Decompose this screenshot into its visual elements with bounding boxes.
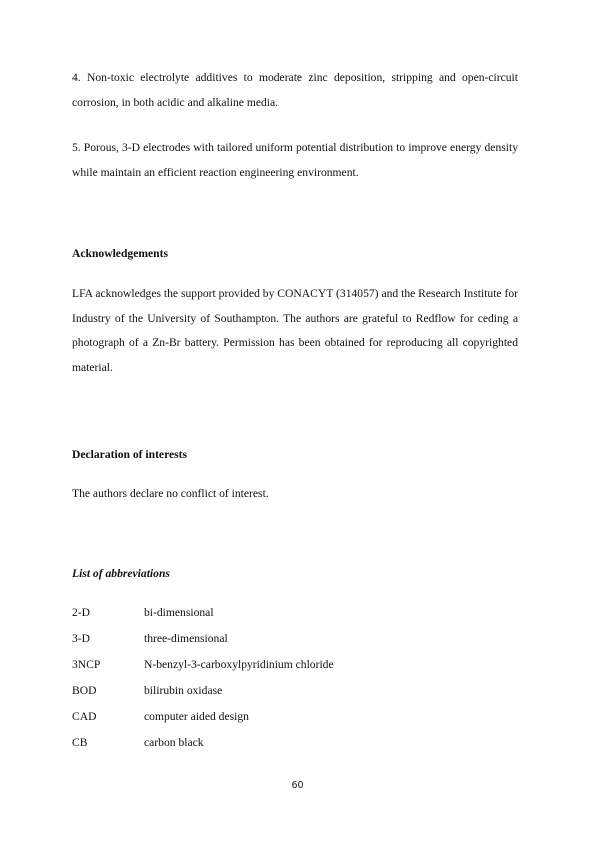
abbreviation-definition: computer aided design xyxy=(144,710,249,723)
abbreviation-row: 3-D three-dimensional xyxy=(72,632,228,645)
abbreviation-definition: three-dimensional xyxy=(144,632,228,645)
list-item-5: 5. Porous, 3-D electrodes with tailored … xyxy=(72,136,518,185)
acknowledgements-heading: Acknowledgements xyxy=(72,247,168,260)
abbreviation-term: 3-D xyxy=(72,632,144,645)
list-item-4: 4. Non-toxic electrolyte additives to mo… xyxy=(72,66,518,115)
page-number: 60 xyxy=(0,780,595,791)
abbreviation-term: 3NCP xyxy=(72,658,144,671)
abbreviation-definition: bilirubin oxidase xyxy=(144,684,222,697)
abbreviation-term: BOD xyxy=(72,684,144,697)
abbreviation-definition: N-benzyl-3-carboxylpyridinium chloride xyxy=(144,658,334,671)
abbreviation-row: CAD computer aided design xyxy=(72,710,249,723)
abbreviation-row: CB carbon black xyxy=(72,736,204,749)
declaration-heading: Declaration of interests xyxy=(72,448,187,461)
abbreviation-row: 2-D bi-dimensional xyxy=(72,606,214,619)
abbreviation-term: 2-D xyxy=(72,606,144,619)
abbreviation-row: 3NCP N-benzyl-3-carboxylpyridinium chlor… xyxy=(72,658,334,671)
acknowledgements-text: LFA acknowledges the support provided by… xyxy=(72,282,518,380)
abbreviation-row: BOD bilirubin oxidase xyxy=(72,684,222,697)
abbreviation-term: CAD xyxy=(72,710,144,723)
abbreviation-definition: carbon black xyxy=(144,736,204,749)
declaration-text: The authors declare no conflict of inter… xyxy=(72,482,518,507)
abbreviations-heading: List of abbreviations xyxy=(72,567,170,580)
abbreviation-term: CB xyxy=(72,736,144,749)
abbreviation-definition: bi-dimensional xyxy=(144,606,214,619)
